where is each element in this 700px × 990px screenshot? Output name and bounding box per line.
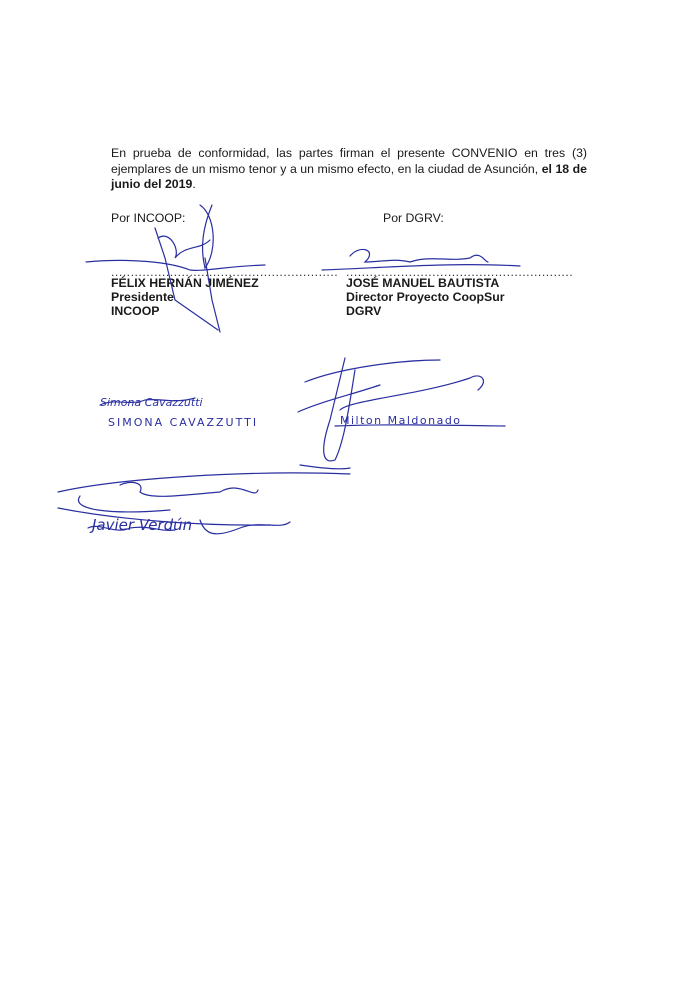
simona-printed-name: SIMONA CAVAZZUTTI	[108, 416, 258, 429]
signature-line: ........................................…	[346, 268, 573, 276]
label-por-incoop: Por INCOOP:	[111, 211, 185, 225]
signer-org: INCOOP	[111, 304, 338, 318]
paragraph-text: En prueba de conformidad, las partes fir…	[111, 146, 587, 176]
signer-title: Director Proyecto CoopSur	[346, 290, 573, 304]
javier-printed-name: Javier Verdún	[92, 516, 192, 534]
signature-block-incoop: ........................................…	[111, 268, 338, 318]
label-por-dgrv: Por DGRV:	[383, 211, 444, 225]
signer-org: DGRV	[346, 304, 573, 318]
conformity-paragraph: En prueba de conformidad, las partes fir…	[111, 146, 587, 193]
signature-block-dgrv: ........................................…	[346, 268, 573, 318]
signer-title: Presidente	[111, 290, 338, 304]
signature-line: ........................................…	[111, 268, 338, 276]
paragraph-end: .	[192, 177, 195, 191]
milton-printed-name: Milton Maldonado	[340, 414, 462, 427]
simona-signature: Simona Cavazzutti	[100, 396, 203, 409]
